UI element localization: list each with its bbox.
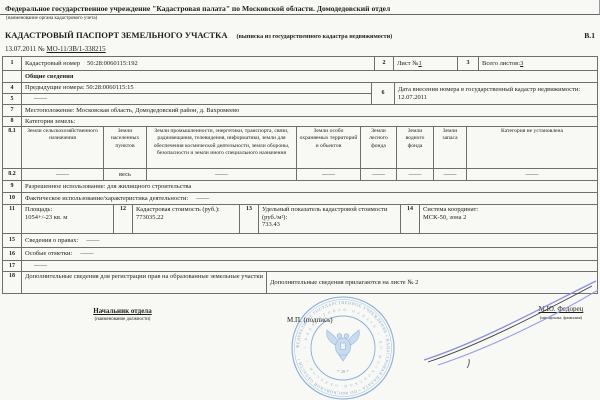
category-col-settlements: Земли населенных пунктов [104,127,147,168]
stamp-center-text: * 28 * [337,369,349,374]
form-code: В.1 [584,31,595,40]
category-value: —— [397,169,434,180]
category-col-forest: Земли лесного фонда [361,127,397,168]
signer-name: М.Ю. Федорец [522,305,600,313]
category-value: —— [361,169,397,180]
signature-tick-mark [467,359,469,368]
table-row-8: 8 Категория земель: [3,117,597,127]
row-number: 18 [3,272,22,293]
sheet-cell: Лист № 1 [394,57,458,70]
row-number: 16 [3,248,22,260]
special-notes-cell: Особые отметки: —— [22,248,597,260]
title-group: КАДАСТРОВЫЙ ПАСПОРТ ЗЕМЕЛЬНОГО УЧАСТКА (… [5,25,392,43]
row-number: 8 [3,117,22,126]
page-subtitle: (выписка из государственного кадастра не… [237,33,393,40]
category-value: —— [467,169,597,180]
table-row-4: 4 Предыдущие номера: 50:28:0060115:15 [3,83,371,94]
row-number: 12 [114,205,133,233]
signature-stroke-dark [428,286,592,362]
row-number: 15 [3,234,22,247]
rights-info-label: Сведения о правах: [25,237,78,245]
table-row-15: 15 Сведения о правах: —— [3,234,597,248]
category-col-water: Земли водного фонда [397,127,434,168]
document-number: МО-11/ЗВ/1-338215 [46,45,105,53]
signer-caption: (инициалы, фамилия) [522,315,600,320]
double-headed-eagle-emblem [327,330,360,361]
table-row-9: 9 Разрешенное использование: для жилищно… [3,181,597,193]
category-value: —— [147,169,297,180]
row-number: 1 [3,57,22,70]
document-number-line: 13.07.2011 № МО-11/ЗВ/1-338215 [0,43,600,53]
special-notes-label: Особые отметки: [25,250,72,258]
row-number: 2 [375,57,394,70]
row-number: 13 [240,205,259,233]
category-col-agricultural: Земли сельскохозяйственного назначения [22,127,104,168]
cadastral-number-label: Кадастровый номер [25,60,80,68]
row-number: 8.2 [3,169,22,180]
rights-info-dash: —— [86,237,99,245]
cadastral-value-cell: Кадастровая стоимость (руб.): 773035.22 [133,205,240,233]
actual-use-cell: Фактическое использование/характеристика… [22,193,597,204]
cadastral-table: 1 Кадастровый номер 50:28:0060115:192 2 … [2,56,598,294]
additional-info-value-cell: Дополнительные сведения прилагаются на л… [267,272,597,293]
additional-info-label-cell: Дополнительные сведения для регистрации … [22,272,267,293]
row-5-dash: —— [22,94,371,104]
rights-info-cell: Сведения о правах: —— [22,234,597,247]
title-row: КАДАСТРОВЫЙ ПАСПОРТ ЗЕМЕЛЬНОГО УЧАСТКА (… [0,21,600,43]
category-value: —— [297,169,361,180]
table-row-17: 17 —— [3,261,597,272]
coordinate-system-label: Система координат: [423,206,594,214]
specific-value-cell: Удельный показатель кадастровой стоимост… [259,205,401,233]
page-title: КАДАСТРОВЫЙ ПАСПОРТ ЗЕМЕЛЬНОГО УЧАСТКА [5,30,228,40]
row-number-empty [3,71,22,82]
row-number: 3 [458,57,479,70]
row-number: 4 [3,83,22,93]
area-label: Площадь: [25,206,110,214]
cadastral-passport-document: Федеральное государственное учреждение "… [0,0,600,400]
signatory-name-block: М.Ю. Федорец (инициалы, фамилия) [522,305,600,320]
permitted-use-cell: Разрешенное использование: для жилищного… [22,181,597,192]
actual-use-label: Фактическое использование/характеристика… [25,195,188,203]
specific-value-label: Удельный показатель кадастровой стоимост… [262,206,397,221]
row-number: 10 [3,193,22,204]
total-sheets-value: 3 [520,60,523,68]
total-sheets-label: Всего листов: [482,60,520,68]
cadastral-value-amount: 773035.22 [136,214,236,222]
eagle-right-head [344,334,349,339]
cadastral-value-label: Кадастровая стоимость (руб.): [136,206,236,214]
table-row-4-5-6: 4 Предыдущие номера: 50:28:0060115:15 5 … [3,83,597,105]
signature-stroke-blue-2 [438,290,598,365]
eagle-tail [339,355,347,361]
table-row-7: 7 Местоположение: Московская область, До… [3,105,597,117]
category-value: —— [22,169,104,180]
signatory-position-block: Начальник отдела (наименование должности… [60,307,185,322]
actual-use-dash: —— [196,195,209,203]
row-17-dash: —— [22,261,597,271]
row-number: 7 [3,105,22,116]
table-row-11-14: 11 Площадь: 1054+/-23 кв. м 12 Кадастров… [3,205,597,234]
general-info-header: Общие сведения [22,71,597,82]
position-caption: (наименование должности) [60,317,185,322]
total-sheets-cell: Всего листов: 3 [479,57,597,70]
stamp-place-label: М.П. (подпись) [287,316,333,324]
row-number: 17 [3,261,22,271]
category-value-whole: весь [104,169,147,180]
coordinate-system-value: МСК-50, зона 2 [423,214,594,222]
location-cell: Местоположение: Московская область, Домо… [22,105,597,116]
row-number: 6 [372,83,395,104]
position-title: Начальник отдела [60,307,185,315]
org-name-line: Федеральное государственное учреждение "… [0,0,600,15]
document-date: 13.07.2011 № [5,45,46,53]
eagle-left-head [337,334,342,339]
area-cell: Площадь: 1054+/-23 кв. м [22,205,114,233]
land-category-label-cell: Категория земель: [22,117,597,126]
category-col-protected: Земли особо охраняемых территорий и объе… [297,127,361,168]
row-number: 5 [3,94,22,104]
category-col-reserve: Земли запаса [434,127,467,168]
area-value: 1054+/-23 кв. м [25,214,110,222]
category-value: —— [434,169,467,180]
specific-value-amount: 733.43 [262,221,397,229]
row-number: 9 [3,181,22,192]
date-entered-cell: Дата внесения номера в государственный к… [395,83,597,104]
eagle-shield [341,343,346,350]
table-row-5: 5 —— [3,94,371,104]
cadastral-number-cell: Кадастровый номер 50:28:0060115:192 [22,57,375,70]
coordinate-system-cell: Система координат: МСК-50, зона 2 [420,205,597,233]
table-row-1: 1 Кадастровый номер 50:28:0060115:192 2 … [3,57,597,71]
category-col-not-set: Категория не установлена [467,127,597,168]
table-row-10: 10 Фактическое использование/характерист… [3,193,597,205]
previous-numbers-block: 4 Предыдущие номера: 50:28:0060115:15 5 … [3,83,372,104]
sheet-value: 1 [418,60,421,68]
row-number: 8.1 [3,127,22,168]
sheet-label: Лист № [397,60,418,68]
table-row-8-1: 8.1 Земли сельскохозяйственного назначен… [3,127,597,169]
official-round-stamp: ФЕДЕРАЛЬНОЕ ГОСУДАРСТВЕННОЕ УЧРЕЖДЕНИЕ •… [285,295,401,400]
special-notes-dash: —— [80,250,93,258]
cadastral-number-value: 50:28:0060115:192 [87,60,138,68]
row-number: 11 [3,205,22,233]
table-row-16: 16 Особые отметки: —— [3,248,597,261]
table-row-8-2: 8.2 —— весь —— —— —— —— —— —— [3,169,597,181]
table-row-18: 18 Дополнительные сведения для регистрац… [3,272,597,293]
previous-numbers-cell: Предыдущие номера: 50:28:0060115:15 [22,83,371,93]
category-col-industry: Земли промышленности, энергетики, трансп… [147,127,297,168]
table-row-general: Общие сведения [3,71,597,83]
row-number: 14 [401,205,420,233]
